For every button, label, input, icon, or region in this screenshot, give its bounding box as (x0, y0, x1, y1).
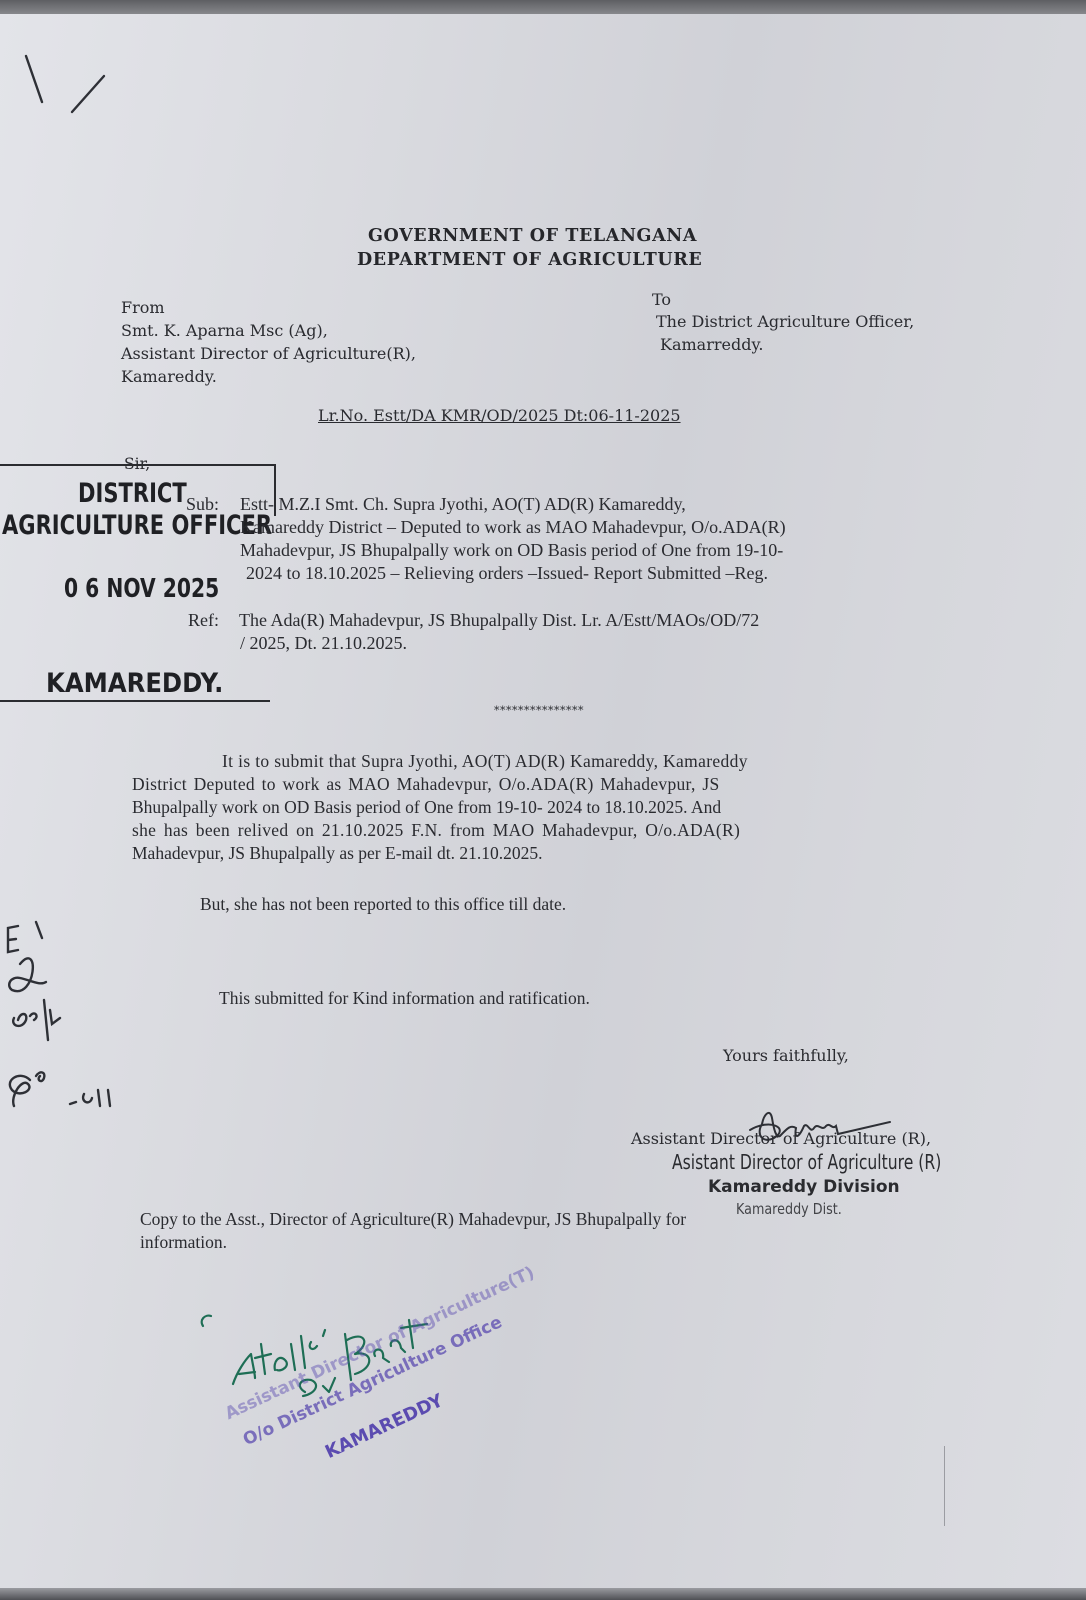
received-stamp-place: KAMAREDDY. (46, 668, 223, 699)
received-stamp-bottom-line (0, 700, 270, 702)
body-paragraph-3: This submitted for Kind information and … (219, 986, 590, 1010)
ref-line: The Ada(R) Mahadevpur, JS Bhupalpally Di… (239, 610, 759, 631)
body-paragraph-2: But, she has not been reported to this o… (200, 892, 566, 916)
ref-line: / 2025, Dt. 21.10.2025. (240, 633, 407, 654)
letter-page: GOVERNMENT OF TELANGANA DEPARTMENT OF AG… (0, 14, 1086, 1590)
copy-to-line: Copy to the Asst., Director of Agricultu… (140, 1207, 686, 1231)
from-name: Smt. K. Aparna Msc (Ag), (121, 319, 328, 342)
received-stamp-line2: AGRICULTURE OFFICER (2, 510, 272, 541)
body-paragraph-line: Bhupalpally work on OD Basis period of O… (132, 795, 721, 819)
received-stamp-line1: DISTRICT (78, 478, 187, 509)
from-label: From (121, 296, 165, 319)
subject-line: Estt- M.Z.I Smt. Ch. Supra Jyothi, AO(T)… (240, 494, 686, 515)
to-label: To (652, 288, 671, 311)
signatory-stamp-line2: Kamareddy Division (708, 1177, 900, 1197)
ref-label: Ref: (188, 610, 219, 631)
body-paragraph-line: she has been relived on 21.10.2025 F.N. … (132, 818, 740, 842)
subject-label: Sub: (186, 494, 219, 515)
signatory-designation: Assistant Director of Agriculture (R), (631, 1127, 931, 1150)
separator: *************** (494, 700, 584, 722)
copy-to-line: information. (140, 1230, 227, 1254)
to-place: Kamarreddy. (660, 333, 763, 356)
body-paragraph-line: It is to submit that Supra Jyothi, AO(T)… (222, 749, 748, 773)
heading-department: DEPARTMENT OF AGRICULTURE (357, 250, 702, 270)
body-paragraph-line: District Deputed to work as MAO Mahadevp… (132, 772, 719, 796)
pen-mark-icon (20, 40, 120, 160)
subject-line: 2024 to 18.10.2025 – Relieving orders –I… (246, 563, 768, 584)
from-place: Kamareddy. (121, 365, 217, 388)
body-paragraph-line: Mahadevpur, JS Bhupalpally as per E-mail… (132, 841, 542, 865)
background-bottom-edge (0, 1588, 1086, 1600)
valediction: Yours faithfully, (723, 1044, 849, 1067)
signatory-stamp-line1: Asistant Director of Agriculture (R) (672, 1150, 941, 1174)
to-recipient: The District Agriculture Officer, (656, 310, 914, 333)
green-handwriting-icon (195, 1274, 455, 1404)
letter-reference-number: Lr.No. Estt/DA KMR/OD/2025 Dt:06-11-2025 (318, 406, 681, 425)
signatory-stamp-line3: Kamareddy Dist. (736, 1200, 842, 1218)
paper-crease (944, 1446, 945, 1526)
heading-government: GOVERNMENT OF TELANGANA (368, 226, 697, 246)
subject-line: Mahadevpur, JS Bhupalpally work on OD Ba… (240, 540, 783, 561)
margin-handwriting-icon (0, 920, 140, 1130)
subject-line: Kamareddy District – Deputed to work as … (240, 517, 786, 538)
received-stamp-date: 0 6 NOV 2025 (64, 574, 219, 604)
from-designation: Assistant Director of Agriculture(R), (121, 342, 416, 365)
